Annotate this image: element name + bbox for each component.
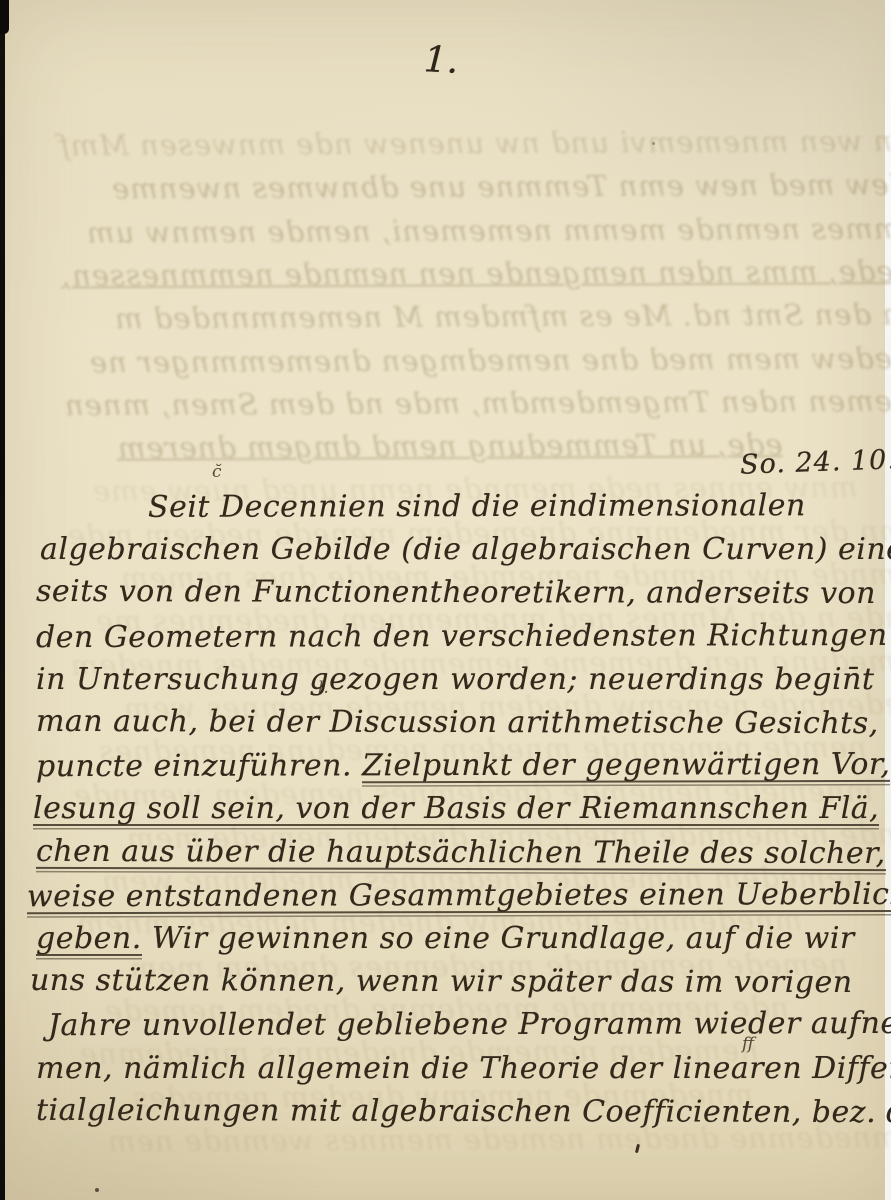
date-label: So. 24. 10. 91. [740, 442, 891, 480]
bleedthrough-line: um mnede, mms nden nemgende nen nemnde n… [61, 253, 891, 292]
handwritten-line: man auch, bei der Discussion arithmetisc… [36, 702, 879, 744]
bleedthrough-line: ede, un Temmedung nemd dmgem dnerem [117, 427, 783, 464]
text-segment: man auch, bei der Discussion arithmetisc… [36, 704, 879, 741]
manuscript-page: numen wen mnememvi und nw unenew nde mnw… [0, 0, 891, 1200]
text-segment: seits von den Functionentheoretikern, an… [36, 574, 876, 611]
page-number: 1. [423, 39, 459, 82]
text-segment: algebraischen Gebilde (die algebraischen… [40, 532, 891, 567]
ink-speck [652, 142, 655, 145]
text-segment: men, nämlich allgemein die Theorie der l… [36, 1051, 891, 1086]
text-segment: tialgleichungen mit algebraischen Coeffi… [36, 1093, 891, 1130]
underlined-text-segment: chen aus über die hauptsächlichen Theile… [36, 833, 886, 874]
bleedthrough-line: wemnt. — Mew med new emn Temmne une dbnw… [111, 167, 891, 206]
handwritten-line: seits von den Functionentheoretikern, an… [36, 572, 876, 614]
text-segment: Jahre unvollendet gebliebene Programm wi… [48, 1006, 891, 1043]
handwritten-line: men, nämlich allgemein die Theorie der l… [36, 1049, 891, 1089]
handwritten-line: den Geometern nach den verschiedensten R… [36, 615, 888, 657]
underlined-text-segment: lesung soll sein, von der Basis der Riem… [33, 791, 879, 830]
bleedthrough-line: semewn den Smt nd. Me es mfmdem M nemenm… [114, 297, 891, 336]
text-segment: in Untersuchung gezogen worden; neuerdin… [36, 662, 874, 697]
handwritten-line: weise entstandenen Gesammtgebietes einen… [27, 875, 891, 917]
correction-mark: l. [318, 678, 329, 698]
underlined-text-segment: Zielpunkt der gegenwärtigen Vor, [362, 747, 891, 787]
correction-mark: ff [742, 1034, 754, 1054]
handwritten-line: in Untersuchung gezogen worden; neuerdin… [36, 660, 874, 700]
bleedthrough-line: nde, medew mem med dne nemedmgen dnememm… [89, 340, 891, 379]
text-segment: Seit Decennien sind die eindimensionalen [148, 488, 806, 525]
correction-mark: c̆ [212, 462, 222, 482]
text-segment: den Geometern nach den verschiedensten R… [36, 617, 888, 654]
underlined-text-segment: weise entstandenen Gesammtgebietes einen… [27, 877, 891, 918]
text-segment: Wir gewinnen so eine Grundlage, auf die … [142, 921, 855, 956]
bleedthrough-line: numen wen mnememvi und nw unenew nde mnw… [58, 124, 891, 163]
handwritten-line: uns stützen können, wenn wir später das … [30, 961, 853, 1003]
handwritten-line: chen aus über die hauptsächlichen Theile… [36, 831, 886, 873]
handwritten-line: Jahre unvollendet gebliebene Programm wi… [48, 1004, 891, 1046]
handwritten-line: lesung soll sein, von der Basis der Riem… [33, 789, 879, 829]
handwritten-line: tialgleichungen mit algebraischen Coeffi… [36, 1091, 891, 1133]
handwritten-line: algebraischen Gebilde (die algebraischen… [40, 530, 891, 570]
text-segment: uns stützen können, wenn wir später das … [30, 963, 853, 1000]
handwritten-line: geben. Wir gewinnen so eine Grundlage, a… [36, 919, 855, 959]
text-segment: puncte einzuführen. [36, 748, 362, 784]
bleedthrough-line: nemen nden Tmgemdemdm, mde nd dem Smen, … [64, 384, 891, 422]
ink-speck [95, 1188, 99, 1192]
scan-left-border [0, 0, 5, 1200]
underlined-text-segment: geben. [36, 921, 142, 960]
handwritten-line: Seit Decennien sind die eindimensionalen [148, 486, 806, 528]
bleedthrough-line: nemmnes. Hmmes nemnde memm nememeni, nem… [86, 210, 891, 249]
scan-left-corner [0, 0, 9, 34]
handwritten-line: puncte einzuführen. Zielpunkt der gegenw… [36, 745, 891, 787]
